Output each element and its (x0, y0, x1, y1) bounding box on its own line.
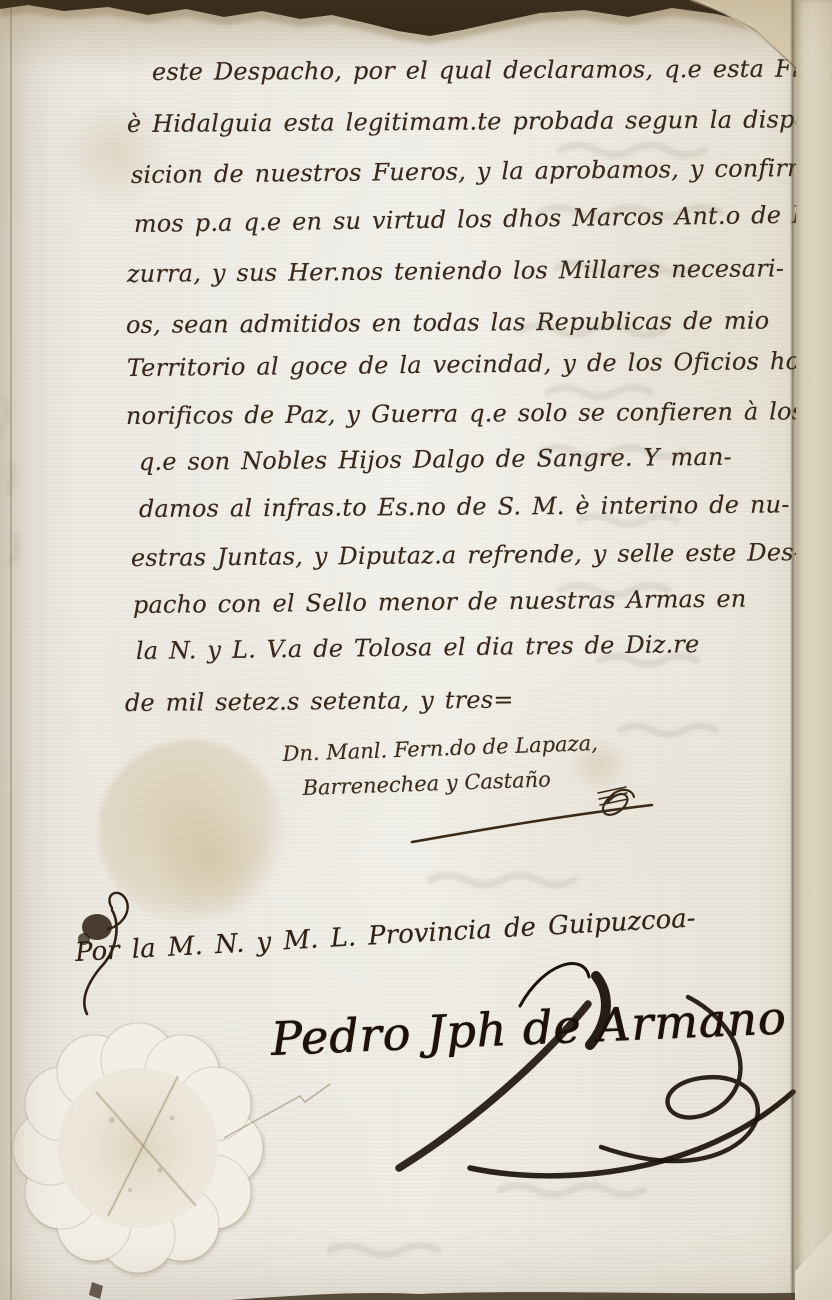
scan-vignette (0, 0, 832, 1300)
manuscript-scan: este Despacho, por el qual declaramos, q… (0, 0, 832, 1300)
